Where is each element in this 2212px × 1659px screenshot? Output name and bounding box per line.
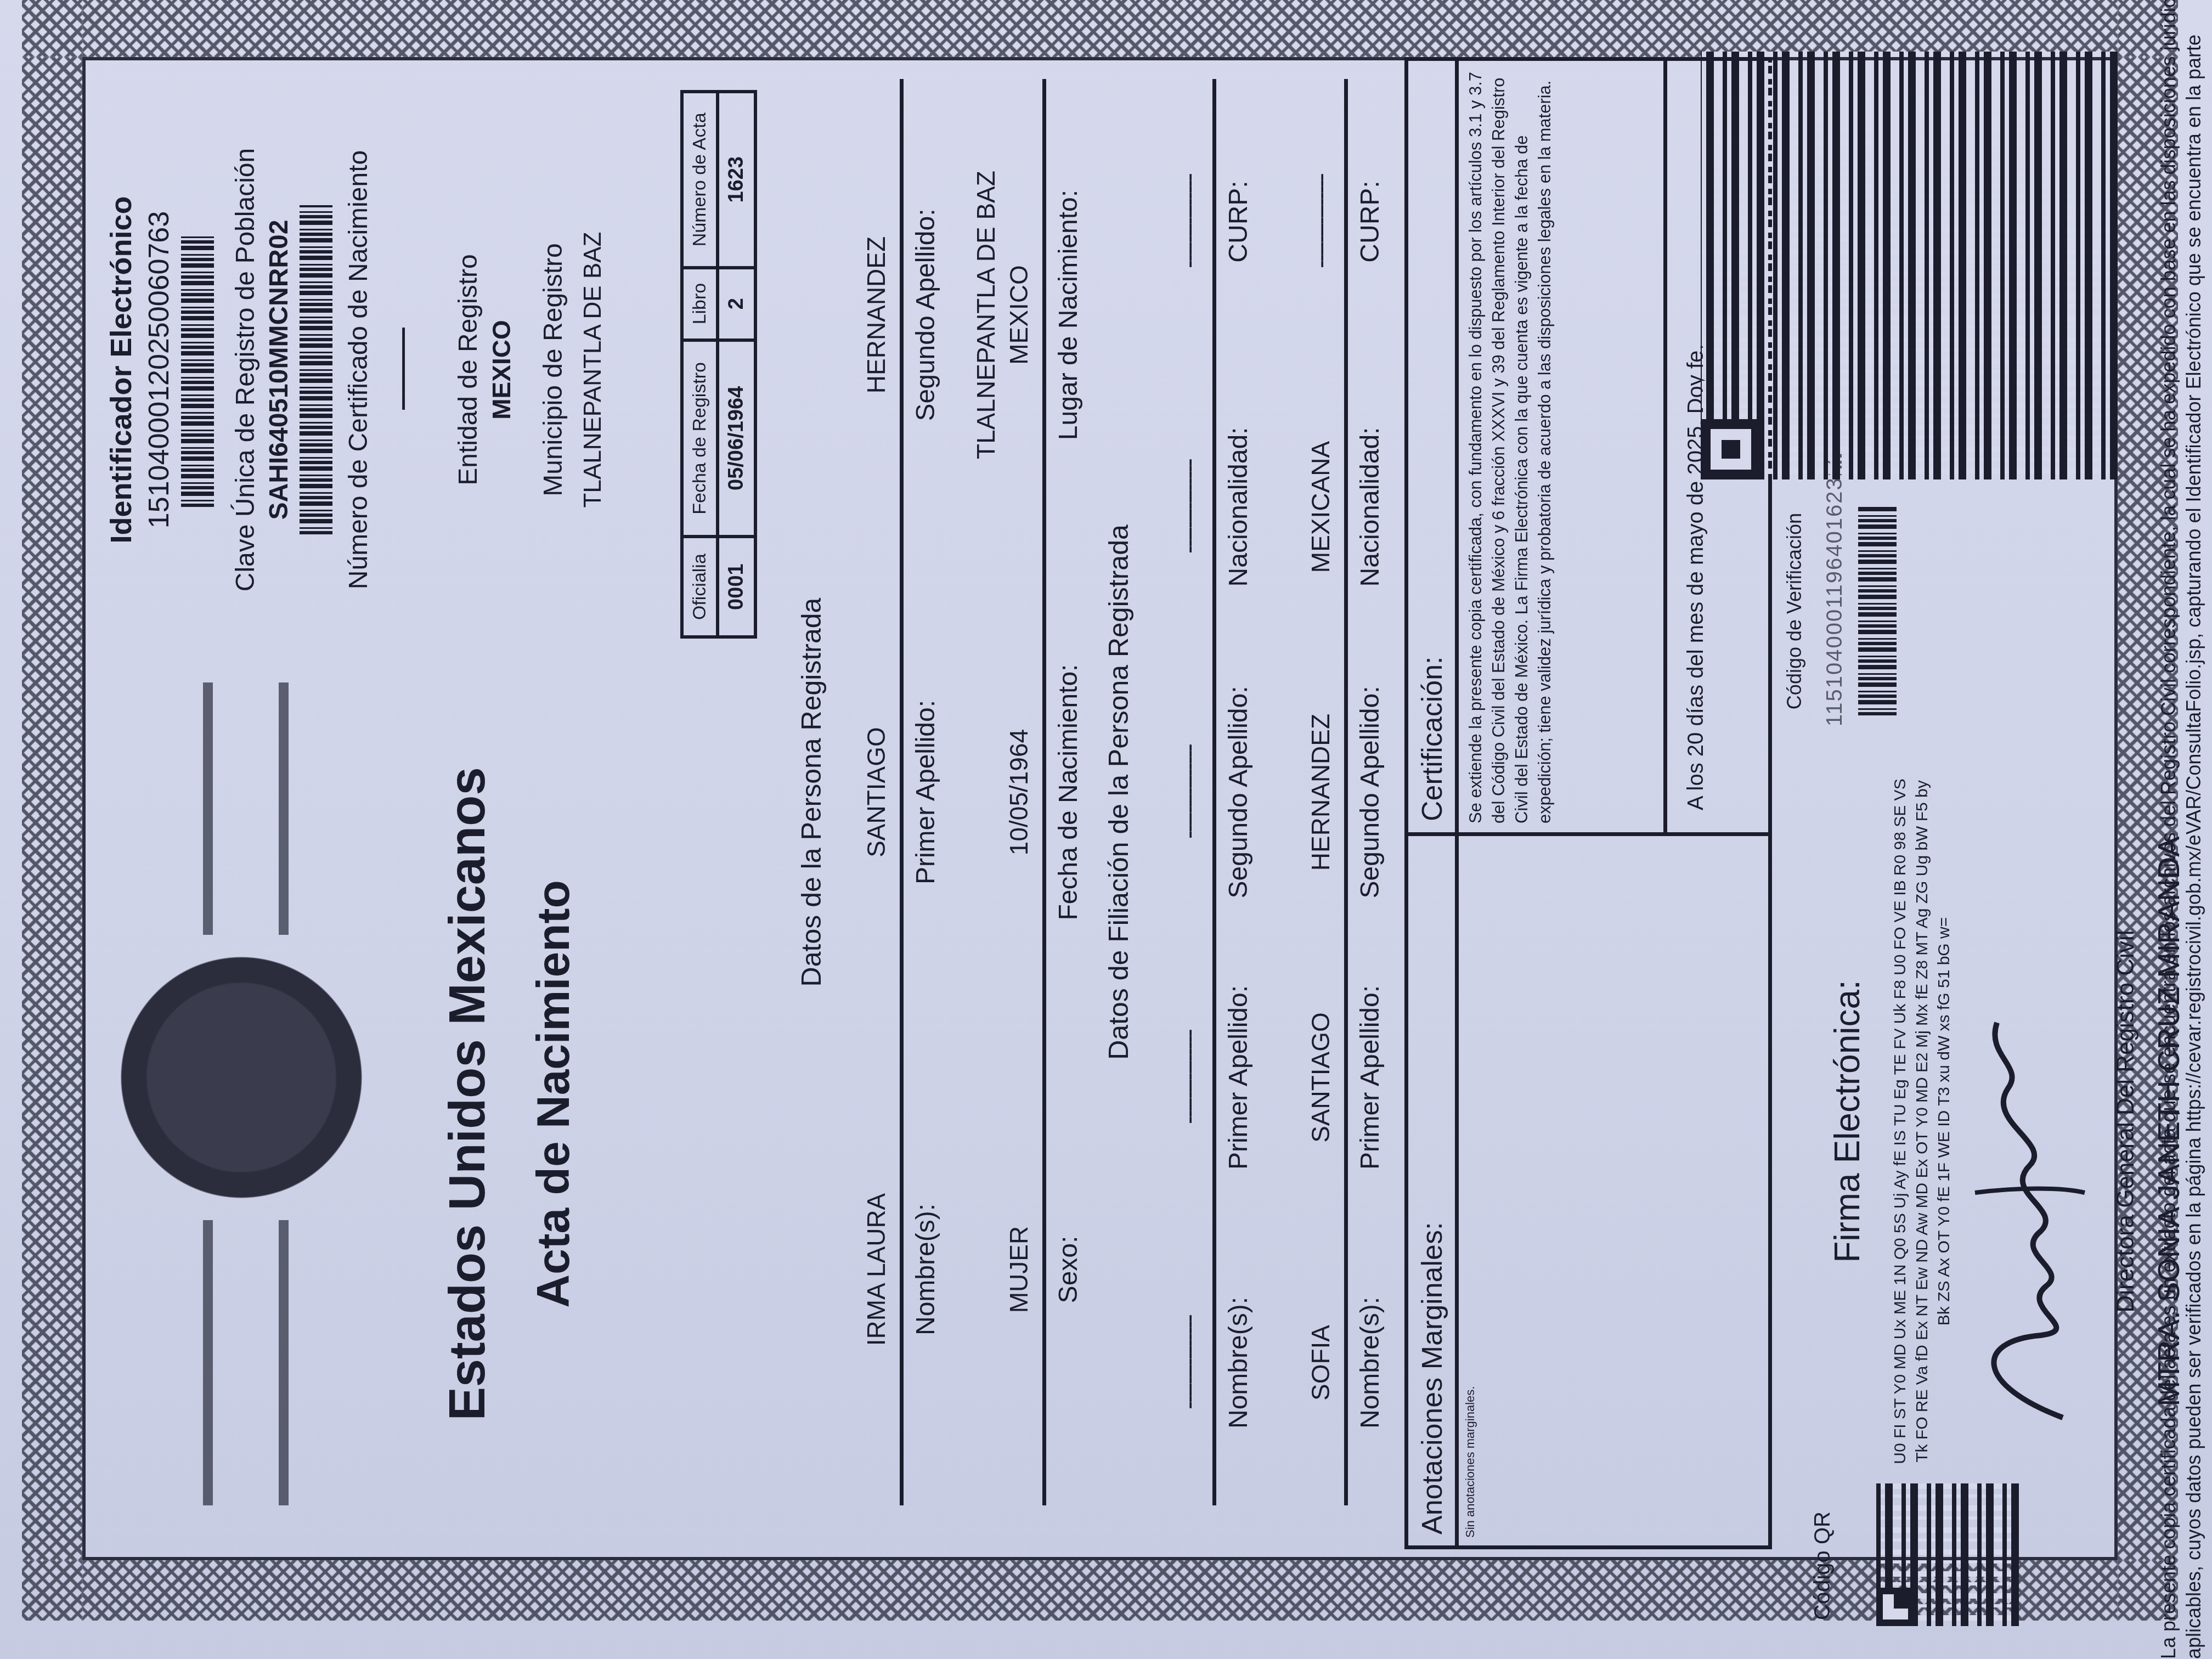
parent1-nacionalidad-value: --------------- [1174, 364, 1204, 650]
lugar-nacimiento-label: Lugar de Nacimiento: [1053, 79, 1084, 551]
parent1-nombre-value: --------------- [1174, 1220, 1204, 1505]
parent1-segundo-apellido-value: --------------- [1174, 650, 1204, 935]
annotations-value: Sin anotaciones marginales. [1459, 836, 1482, 1545]
primer-apellido-label: Primer Apellido: [911, 556, 941, 1028]
certification-header: Certificación: [1408, 61, 1459, 832]
parent1-primer-apellido-value: --------------- [1174, 935, 1204, 1220]
handwritten-signature [1953, 957, 2096, 1451]
numero-acta-value: 1623 [718, 92, 755, 268]
header-emblem-band [104, 682, 411, 1505]
annotations-label: Anotaciones Marginales: [1408, 836, 1457, 1545]
signatory-title: Directora General Del Registro Civil [2112, 792, 2140, 1451]
qr-finder-icon [1701, 419, 1761, 479]
parent1-curp-value: --------------- [1174, 79, 1204, 364]
fecha-nacimiento-value: 10/05/1964 [1004, 556, 1034, 1028]
certification-label: Certificación: [1408, 61, 1457, 832]
parent2-nacionalidad-value: MEXICANA [1306, 364, 1335, 650]
nombre-label: Nombre(s): [911, 1034, 941, 1505]
document-title: Acta de Nacimiento [527, 682, 580, 1505]
libro-header: Libro [682, 268, 718, 340]
parent2-segundo-apellido-value: HERNANDEZ [1306, 650, 1335, 935]
curp-value: SAHI640510MMCNRR02 [264, 95, 294, 644]
registered-person-title: Datos de la Persona Registrada [795, 79, 827, 1505]
footer-line2: aplicables, cuyos datos pueden ser verif… [2181, 0, 2207, 1659]
annotations-header: Anotaciones Marginales: [1408, 832, 1459, 1545]
parent2-nacionalidad-label: Nacionalidad: [1355, 364, 1385, 650]
birth-cert-label: Número de Certificado de Nacimiento [343, 95, 374, 644]
electronic-signature-label: Firma Electrónica: [1827, 737, 1867, 1505]
ornament-right-icon [203, 682, 289, 935]
verification-value: 115104000119640162311 [1822, 496, 1847, 726]
identifiers-block: Identificador Electrónico 15104000120250… [104, 95, 607, 644]
divider [1212, 79, 1216, 1505]
sexo-value: MUJER [1004, 1034, 1034, 1505]
entity-label: Entidad de Registro [453, 95, 483, 644]
divider [900, 79, 904, 1505]
registry-table-row: 0001 05/06/1964 2 1623 [718, 92, 755, 637]
fecha-registro-value: 05/06/1964 [718, 340, 755, 537]
country-title: Estados Unidos Mexicanos [439, 682, 496, 1505]
ornament-left-icon [203, 1220, 289, 1505]
electronic-signature-line1: U0 FI ST Y0 MD Ux ME 1N Q0 5S Uj Ay fE I… [1889, 737, 1911, 1505]
divider [1344, 79, 1348, 1505]
certification-text: Se extiende la presente copia certificad… [1459, 61, 1562, 832]
parent2-nombre-label: Nombre(s): [1355, 1220, 1385, 1505]
footer-disclaimer: La presente copia certificada del acta e… [2156, 0, 2207, 1659]
segundo-apellido-label: Segundo Apellido: [911, 79, 941, 551]
municipality-label: Municipio de Registro [538, 95, 568, 644]
electronic-id-label: Identificador Electrónico [104, 95, 138, 644]
national-seal-icon [121, 957, 362, 1198]
parent2-segundo-apellido-label: Segundo Apellido: [1355, 650, 1385, 935]
entity-value: MEXICO [487, 95, 516, 644]
parent2-primer-apellido-value: SANTIAGO [1306, 935, 1335, 1220]
verification-qr-code[interactable] [1701, 52, 2118, 479]
parent2-curp-value: --------------- [1306, 79, 1335, 364]
registry-table-header: Oficialia Fecha de Registro Libro Número… [682, 92, 718, 637]
electronic-signature-line2: Tk FO RE Va fD Ex NT Ew ND Aw MD Ex OT Y… [1911, 737, 1933, 1505]
verification-barcode [1858, 507, 1897, 715]
footer-line1: La presente copia certificada del acta e… [2156, 0, 2181, 1659]
filiation-title: Datos de Filiación de la Persona Registr… [1103, 79, 1135, 1505]
oficialia-value: 0001 [718, 537, 755, 637]
annotations-body: Sin anotaciones marginales. [1459, 832, 1768, 1545]
parent1-nombre-label: Nombre(s): [1223, 1220, 1254, 1505]
sexo-label: Sexo: [1053, 1034, 1084, 1505]
verification-label: Código de Verificación [1783, 496, 1806, 726]
parent1-curp-label: CURP: [1223, 79, 1254, 364]
fecha-registro-header: Fecha de Registro [682, 340, 718, 537]
small-qr-code[interactable] [1876, 1483, 2019, 1626]
verification-block: Código de Verificación 11510400011964016… [1783, 496, 1902, 726]
electronic-signature-line3: Bk ZS Ax OT Y0 fE 1F WE ID T3 xu dW xs f… [1933, 737, 1955, 1505]
parent2-curp-label: CURP: [1355, 79, 1385, 364]
primer-apellido-value: SANTIAGO [861, 556, 891, 1028]
registry-table: Oficialia Fecha de Registro Libro Número… [680, 90, 757, 639]
qr-label: Código QR [1810, 1494, 1835, 1637]
parent1-nacionalidad-label: Nacionalidad: [1223, 364, 1254, 650]
curp-barcode [300, 205, 332, 534]
birth-cert-value: ---------------- [390, 95, 415, 644]
certification-body: Se extiende la presente copia certificad… [1459, 61, 1667, 832]
electronic-signature-block: Firma Electrónica: U0 FI ST Y0 MD Ux ME … [1827, 737, 1955, 1505]
lugar-nacimiento-line1: TLALNEPANTLA DE BAZ [971, 79, 1001, 551]
birth-certificate-page: Estados Unidos Mexicanos Acta de Nacimie… [0, 0, 2212, 1659]
parent1-primer-apellido-label: Primer Apellido: [1223, 935, 1254, 1220]
numero-acta-header: Número de Acta [682, 92, 718, 268]
electronic-id-value: 15104000120250060763 [143, 95, 176, 644]
parent2-primer-apellido-label: Primer Apellido: [1355, 935, 1385, 1220]
segundo-apellido-value: HERNANDEZ [861, 79, 891, 551]
oficialia-header: Oficialia [682, 537, 718, 637]
parent2-nombre-value: SOFIA [1306, 1220, 1335, 1505]
parent1-segundo-apellido-label: Segundo Apellido: [1223, 650, 1254, 935]
divider [1042, 79, 1046, 1505]
fecha-nacimiento-label: Fecha de Nacimiento: [1053, 556, 1084, 1028]
curp-label: Clave Única de Registro de Población [230, 95, 261, 644]
libro-value: 2 [718, 268, 755, 340]
municipality-value: TLALNEPANTLA DE BAZ [579, 95, 607, 644]
qr-finder-icon [1876, 1588, 1915, 1626]
nombre-value: IRMA LAURA [861, 1034, 891, 1505]
electronic-id-barcode [181, 233, 214, 507]
lugar-nacimiento-line2: MEXICO [1004, 79, 1034, 551]
